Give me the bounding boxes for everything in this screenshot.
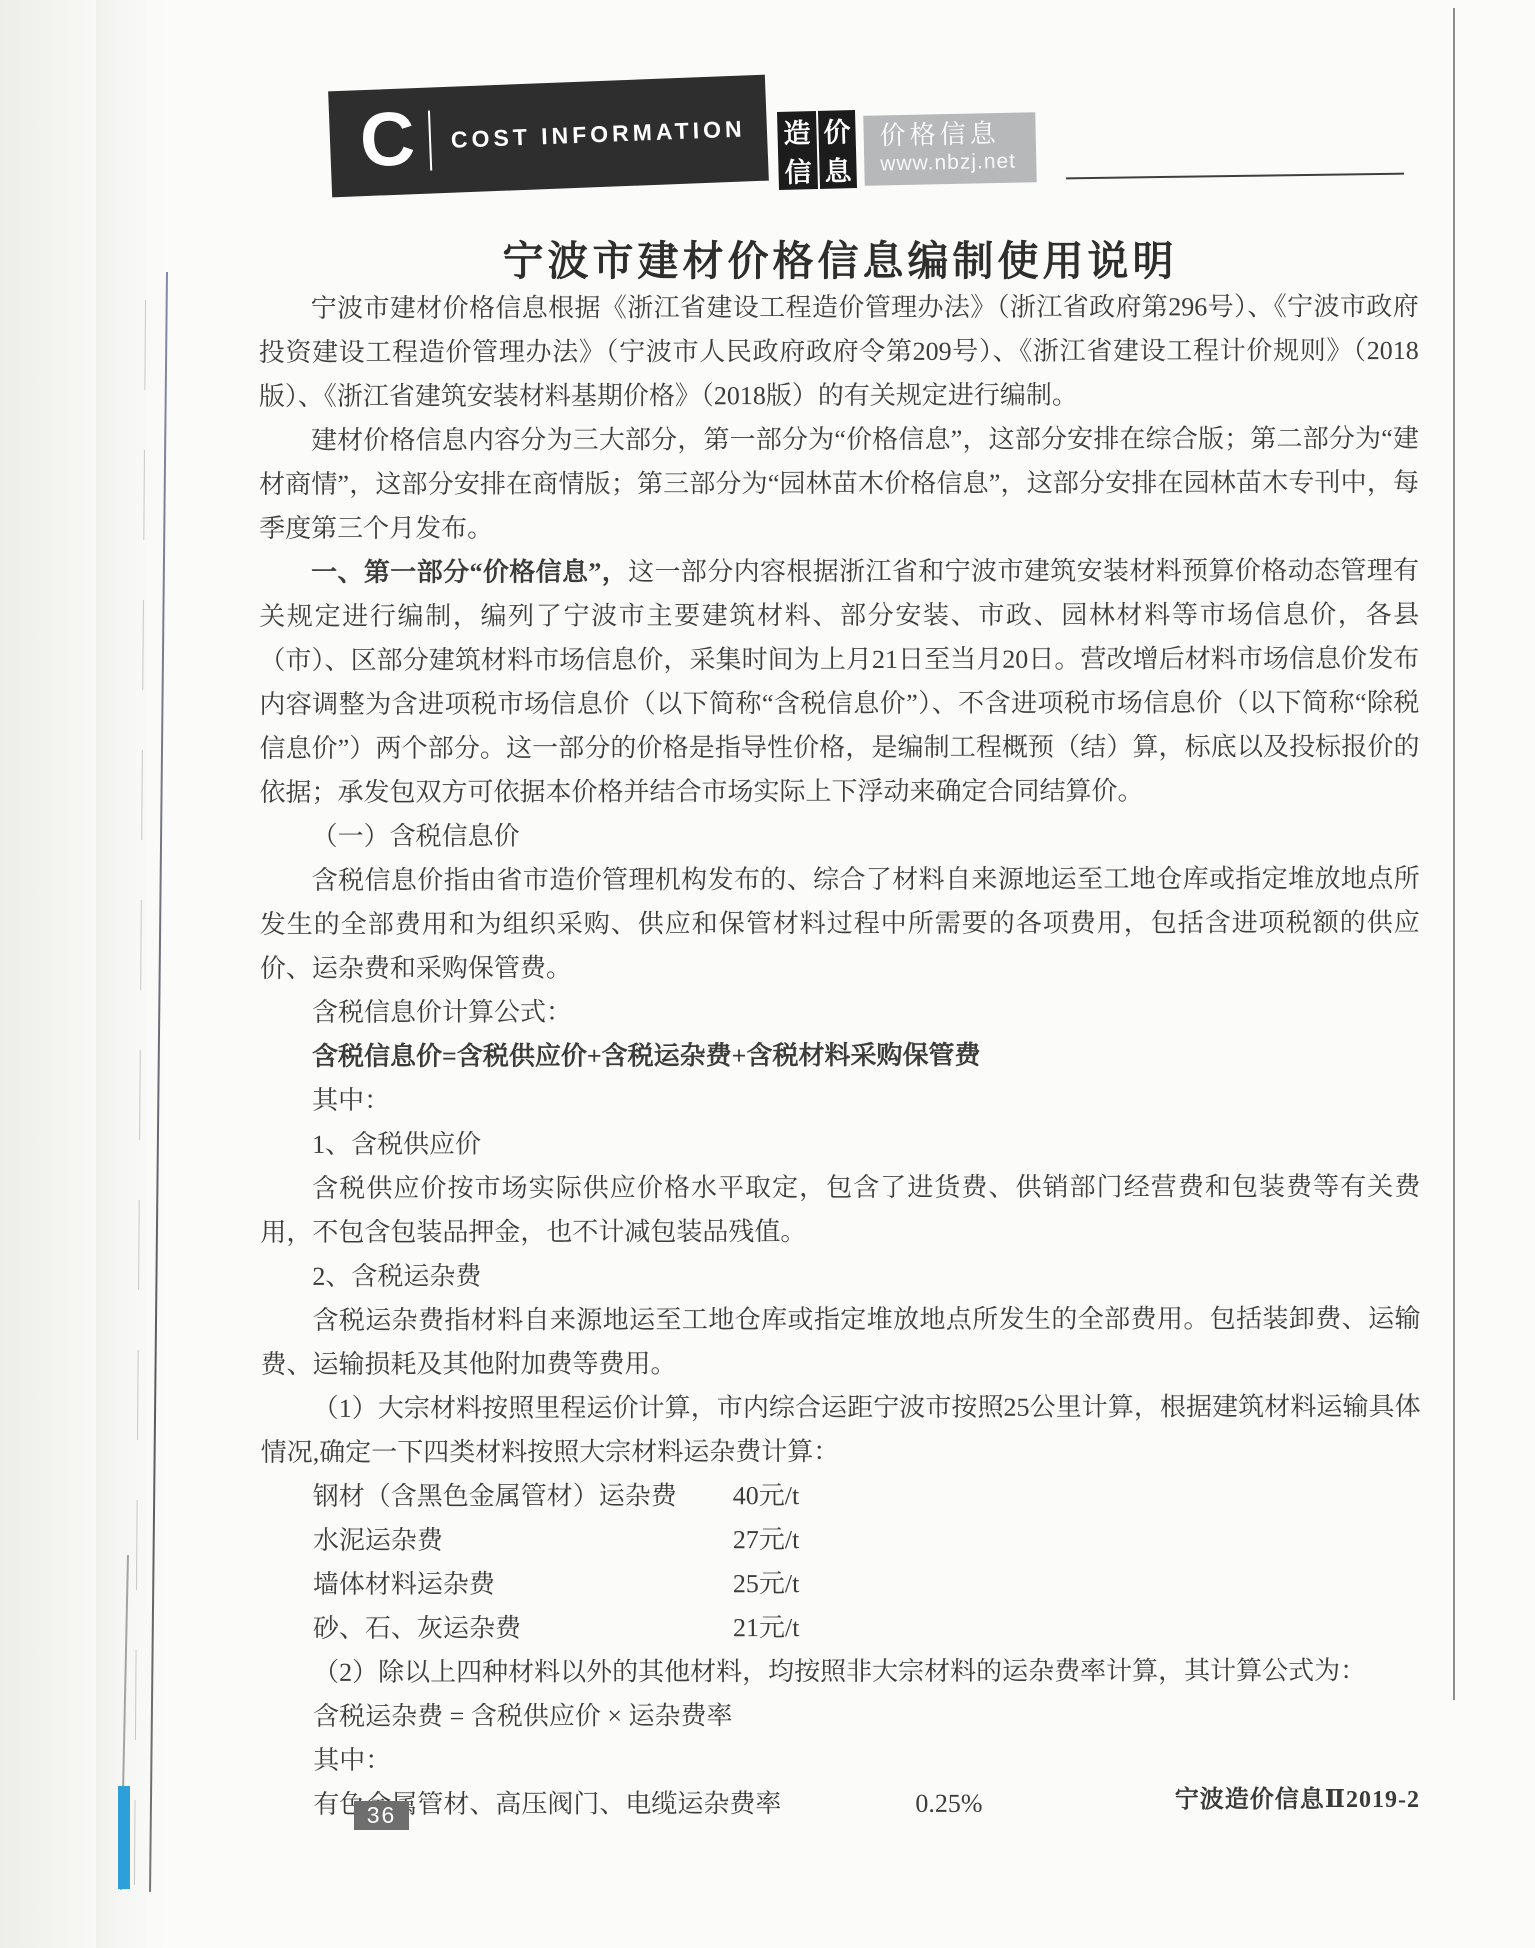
banner-divider [428, 111, 432, 171]
header-rule-line [1066, 173, 1404, 180]
line-item-2-freight: 2、含税运杂费 [260, 1253, 1420, 1299]
section-heading-taxed-price: （一）含税信息价 [260, 813, 1420, 859]
scan-fold-line-faint [134, 300, 146, 1885]
page-number-badge: 36 [354, 1801, 409, 1830]
fee-label: 水泥运杂费 [313, 1518, 733, 1563]
line-among-which-2: 其中： [261, 1737, 1421, 1783]
journal-issue-label: 宁波造价信息Ⅱ2019-2 [1175, 1779, 1420, 1814]
fee-value: 27元/t [733, 1525, 800, 1554]
logo-char: 息 [817, 149, 857, 189]
scanned-document-page: C COST INFORMATION 造 价 信 息 价格信息 www.nbzj… [0, 0, 1535, 1948]
fee-label: 砂、石、灰运杂费 [313, 1606, 733, 1651]
price-info-site-box: 价格信息 www.nbzj.net [863, 112, 1036, 186]
part-one-lead: 一、第一部分“价格信息”， [311, 557, 628, 587]
line-freight-formula: 含税运杂费 = 含税供应价 × 运杂费率 [261, 1693, 1421, 1739]
blue-margin-mark [118, 1786, 130, 1889]
line-taxed-price-formula: 含税信息价=含税供应价+含税运杂费+含税材料采购保管费 [260, 1033, 1420, 1079]
cost-information-banner: C COST INFORMATION [328, 75, 769, 198]
fee-row-sand-stone-lime: 砂、石、灰运杂费21元/t [261, 1605, 1421, 1651]
logo-char: 造 [777, 111, 817, 151]
line-formula-intro: 含税信息价计算公式： [260, 989, 1420, 1035]
fee-value: 21元/t [733, 1613, 800, 1642]
fee-label: 钢材（含黑色金属管材）运杂费 [313, 1474, 733, 1519]
rate-value: 0.25% [915, 1789, 982, 1818]
banner-title: COST INFORMATION [450, 115, 746, 153]
page-title: 宁波市建材价格信息编制使用说明 [260, 228, 1420, 287]
fee-row-steel: 钢材（含黑色金属管材）运杂费40元/t [261, 1473, 1421, 1519]
fee-value: 25元/t [733, 1569, 800, 1598]
logo-char: 信 [778, 150, 818, 190]
site-url: www.nbzj.net [880, 149, 1036, 176]
fee-row-cement: 水泥运杂费27元/t [261, 1517, 1421, 1563]
c-letter-logo: C [359, 101, 417, 179]
site-name: 价格信息 [879, 117, 1036, 152]
part-one-rest: 这一部分内容根据浙江省和宁波市建筑安装材料预算价格动态管理有关规定进行编制，编列… [259, 556, 1419, 807]
line-item-1-supply-price: 1、含税供应价 [260, 1121, 1420, 1167]
paragraph-supply-price: 含税供应价按市场实际供应价格水平取定，包含了进货费、供销部门经营费和包装费等有关… [260, 1165, 1420, 1255]
fee-label: 墙体材料运杂费 [313, 1562, 733, 1607]
paragraph-basis: 宁波市建材价格信息根据《浙江省建设工程造价管理办法》（浙江省政府第296号）、《… [259, 285, 1419, 419]
zaojia-xinxi-logo: 造 价 信 息 [777, 110, 857, 190]
paragraph-bulk-materials: （1）大宗材料按照里程运价计算，市内综合运距宁波市按照25公里计算，根据建筑材料… [261, 1385, 1421, 1475]
paragraph-non-bulk-materials: （2）除以上四种材料以外的其他材料，均按照非大宗材料的运杂费率计算，其计算公式为… [261, 1649, 1421, 1695]
fee-row-wall-material: 墙体材料运杂费25元/t [261, 1561, 1421, 1607]
scan-fold-line [149, 272, 168, 1892]
paragraph-three-parts: 建材价格信息内容分为三大部分，第一部分为“价格信息”，这部分安排在综合版；第二部… [259, 417, 1419, 551]
logo-char: 价 [816, 110, 856, 150]
paragraph-taxed-price-definition: 含税信息价指由省市造价管理机构发布的、综合了材料自来源地运至工地仓库或指定堆放地… [260, 857, 1420, 991]
paragraph-part-one: 一、第一部分“价格信息”，这一部分内容根据浙江省和宁波市建筑安装材料预算价格动态… [259, 549, 1419, 815]
page-edge-shade [0, 0, 120, 1948]
right-page-border-line [1453, 8, 1455, 1700]
paragraph-freight: 含税运杂费指材料自来源地运至工地仓库或指定堆放地点所发生的全部费用。包括装卸费、… [260, 1297, 1420, 1387]
line-among-which: 其中： [260, 1077, 1420, 1123]
document-body: 宁波市建材价格信息根据《浙江省建设工程造价管理办法》（浙江省政府第296号）、《… [259, 285, 1422, 1827]
fee-value: 40元/t [733, 1481, 800, 1510]
